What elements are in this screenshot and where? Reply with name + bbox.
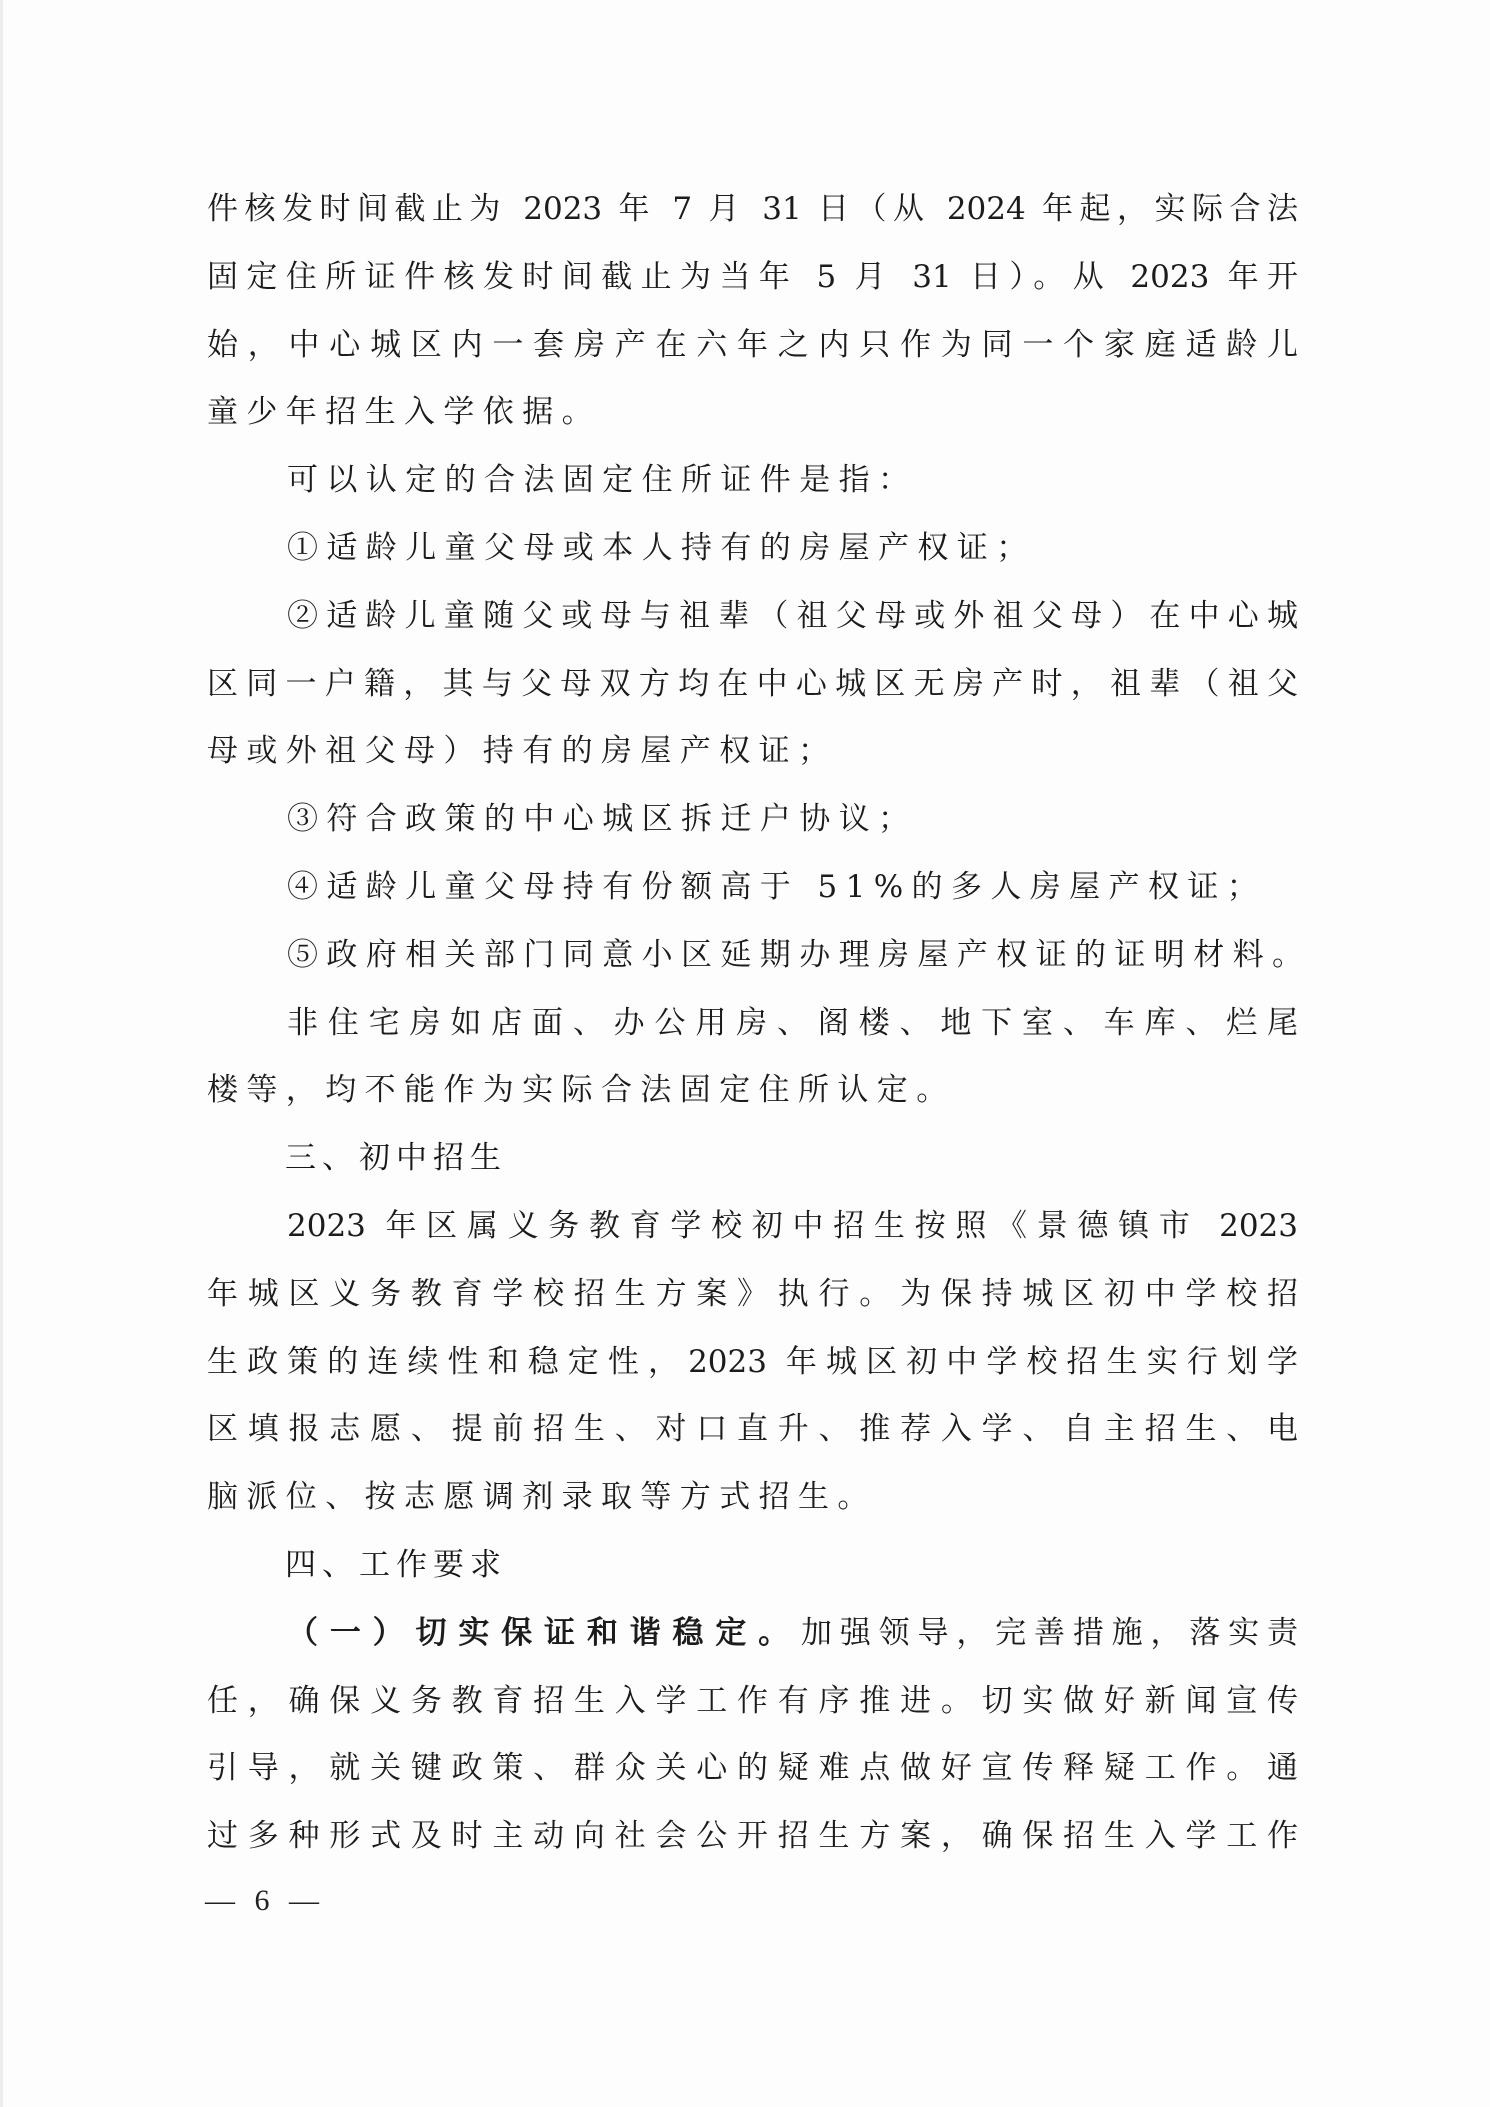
paragraph-line: 可以认定的合法固定住所证件是指： [207,447,1298,515]
section-heading-4: 四、工作要求 [207,1532,1298,1600]
list-item-2-cont: 母或外祖父母）持有的房屋产权证； [207,718,1298,786]
list-item-2-cont: 区同一户籍，其与父母双方均在中心城区无房产时，祖辈（祖父 [207,651,1298,719]
paragraph-line: 生政策的连续性和稳定性，2023 年城区初中学校招生实行划学 [207,1329,1298,1397]
paragraph-line: 童少年招生入学依据。 [207,379,1298,447]
section-heading-3: 三、初中招生 [207,1125,1298,1193]
list-item-2: ②适龄儿童随父或母与祖辈（祖父母或外祖父母）在中心城 [207,583,1298,651]
document-body: 件核发时间截止为 2023 年 7 月 31 日（从 2024 年起，实际合法 … [207,176,1298,1871]
list-item-1: ①适龄儿童父母或本人持有的房屋产权证； [207,515,1298,583]
scan-edge [0,0,3,2107]
paragraph-line: 2023 年区属义务教育学校初中招生按照《景德镇市 2023 [207,1193,1298,1261]
paragraph-line: 件核发时间截止为 2023 年 7 月 31 日（从 2024 年起，实际合法 [207,176,1298,244]
paragraph-line: （一）切实保证和谐稳定。加强领导，完善措施，落实责 [207,1600,1298,1668]
paragraph-line: 过多种形式及时主动向社会公开招生方案，确保招生入学工作 [207,1803,1298,1871]
paragraph-line: 非住宅房如店面、办公用房、阁楼、地下室、车库、烂尾 [207,990,1298,1058]
subsection-heading: （一）切实保证和谐稳定。 [287,1615,801,1651]
paragraph-line: 任，确保义务教育招生入学工作有序推进。切实做好新闻宣传 [207,1668,1298,1736]
paragraph-line: 区填报志愿、提前招生、对口直升、推荐入学、自主招生、电 [207,1396,1298,1464]
document-page: 件核发时间截止为 2023 年 7 月 31 日（从 2024 年起，实际合法 … [0,0,1490,2107]
list-item-5: ⑤政府相关部门同意小区延期办理房屋产权证的证明材料。 [207,922,1298,990]
paragraph-line: 年城区义务教育学校招生方案》执行。为保持城区初中学校招 [207,1261,1298,1329]
list-item-3: ③符合政策的中心城区拆迁户协议； [207,786,1298,854]
paragraph-line: 始，中心城区内一套房产在六年之内只作为同一个家庭适龄儿 [207,312,1298,380]
paragraph-line: 楼等，均不能作为实际合法固定住所认定。 [207,1057,1298,1125]
paragraph-line: 脑派位、按志愿调剂录取等方式招生。 [207,1464,1298,1532]
page-number: — 6 — [205,1884,325,1918]
list-item-4: ④适龄儿童父母持有份额高于 51%的多人房屋产权证； [207,854,1298,922]
paragraph-line: 引导，就关键政策、群众关心的疑难点做好宣传释疑工作。通 [207,1735,1298,1803]
paragraph-text: 加强领导，完善措施，落实责 [801,1615,1298,1651]
paragraph-line: 固定住所证件核发时间截止为当年 5 月 31 日）。从 2023 年开 [207,244,1298,312]
